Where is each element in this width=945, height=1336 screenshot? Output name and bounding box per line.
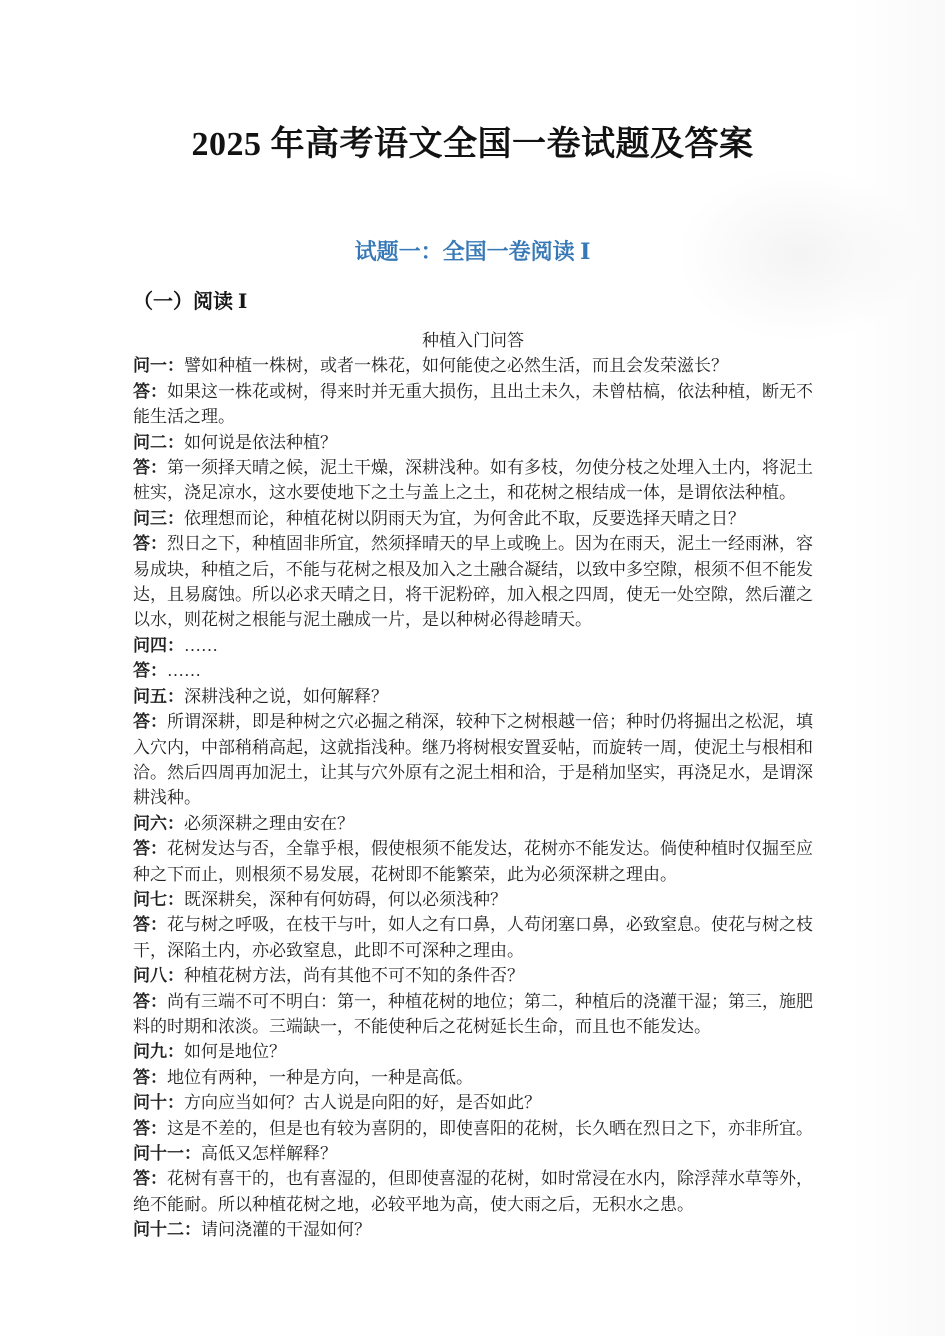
qa-label: 问十一： bbox=[133, 1144, 201, 1163]
qa-paragraph: 问五：深耕浅种之说，如何解释？ bbox=[133, 684, 813, 709]
qa-paragraph: 答：地位有两种，一种是方向，一种是高低。 bbox=[133, 1065, 813, 1090]
qa-paragraph: 问二：如何说是依法种植？ bbox=[133, 430, 813, 455]
qa-paragraph: 答：烈日之下，种植固非所宜，然须择晴天的早上或晚上。因为在雨天，泥土一经雨淋，容… bbox=[133, 531, 813, 633]
qa-label: 问一： bbox=[133, 356, 184, 375]
qa-paragraph: 答：…… bbox=[133, 658, 813, 683]
qa-label: 答： bbox=[133, 458, 167, 477]
qa-paragraph: 问十一：高低又怎样解释？ bbox=[133, 1141, 813, 1166]
qa-text: 如何是地位？ bbox=[184, 1042, 286, 1061]
qa-label: 问四： bbox=[133, 636, 184, 655]
qa-text: 深耕浅种之说，如何解释？ bbox=[184, 687, 388, 706]
qa-paragraph: 答：花与树之呼吸，在枝干与叶，如人之有口鼻，人苟闭塞口鼻，必致窒息。使花与树之枝… bbox=[133, 912, 813, 963]
qa-label: 问十： bbox=[133, 1093, 184, 1112]
qa-text: 第一须择天晴之候，泥土干燥，深耕浅种。如有多枝，勿使分枝之处埋入土内，将泥土桩实… bbox=[133, 458, 813, 502]
qa-text: 如何说是依法种植？ bbox=[184, 433, 337, 452]
qa-text: 如果这一株花或树，得来时并无重大损伤，且出土未久，未曾枯槁，依法种植，断无不能生… bbox=[133, 382, 813, 426]
qa-label: 问八： bbox=[133, 966, 184, 985]
qa-paragraph: 答：第一须择天晴之候，泥土干燥，深耕浅种。如有多枝，勿使分枝之处埋入土内，将泥土… bbox=[133, 455, 813, 506]
qa-text: 依理想而论，种植花树以阴雨天为宜，为何舍此不取，反要选择天晴之日？ bbox=[184, 509, 745, 528]
qa-paragraph: 答：花树发达与否，全靠乎根，假使根须不能发达，花树亦不能发达。倘使种植时仅掘至应… bbox=[133, 836, 813, 887]
qa-label: 答： bbox=[133, 1169, 167, 1188]
qa-paragraph: 问八：种植花树方法，尚有其他不可不知的条件否？ bbox=[133, 963, 813, 988]
document-title: 2025 年高考语文全国一卷试题及答案 bbox=[0, 0, 945, 168]
qa-paragraph: 答：花树有喜干的，也有喜湿的，但即使喜湿的花树，如时常浸在水内，除浮萍水草等外，… bbox=[133, 1166, 813, 1217]
qa-paragraph: 问四：…… bbox=[133, 633, 813, 658]
qa-label: 问九： bbox=[133, 1042, 184, 1061]
qa-label: 问三： bbox=[133, 509, 184, 528]
qa-text: 花树发达与否，全靠乎根，假使根须不能发达，花树亦不能发达。倘使种植时仅掘至应种之… bbox=[133, 839, 813, 883]
qa-paragraph: 问十二：请问浇灌的干湿如何？ bbox=[133, 1217, 813, 1242]
qa-text: 必须深耕之理由安在？ bbox=[184, 814, 354, 833]
qa-text: 地位有两种，一种是方向，一种是高低。 bbox=[167, 1068, 473, 1087]
qa-text: 花树有喜干的，也有喜湿的，但即使喜湿的花树，如时常浸在水内，除浮萍水草等外，绝不… bbox=[133, 1169, 813, 1213]
qa-label: 答： bbox=[133, 1119, 167, 1138]
qa-paragraph: 问九：如何是地位？ bbox=[133, 1039, 813, 1064]
qa-text: 尚有三端不可不明白：第一，种植花树的地位；第二，种植后的浇灌干湿；第三，施肥料的… bbox=[133, 992, 813, 1036]
qa-paragraph: 问六：必须深耕之理由安在？ bbox=[133, 811, 813, 836]
qa-text: 方向应当如何？古人说是向阳的好，是否如此？ bbox=[184, 1093, 541, 1112]
qa-text: 所谓深耕，即是种树之穴必掘之稍深，较种下之树根越一倍；种时仍将掘出之松泥，填入穴… bbox=[133, 712, 813, 807]
section-heading: 试题一：全国一卷阅读 Ⅰ bbox=[0, 238, 945, 266]
qa-label: 答： bbox=[133, 712, 167, 731]
qa-text: 既深耕矣，深种有何妨碍，何以必须浅种？ bbox=[184, 890, 507, 909]
qa-label: 答： bbox=[133, 382, 167, 401]
qa-label: 答： bbox=[133, 1068, 167, 1087]
qa-label: 答： bbox=[133, 534, 167, 553]
qa-text: 花与树之呼吸，在枝干与叶，如人之有口鼻，人苟闭塞口鼻，必致窒息。使花与树之枝干，… bbox=[133, 915, 813, 959]
qa-text: 这是不差的，但是也有较为喜阴的，即使喜阳的花树，长久晒在烈日之下，亦非所宜。 bbox=[167, 1119, 813, 1138]
qa-paragraph: 答：所谓深耕，即是种树之穴必掘之稍深，较种下之树根越一倍；种时仍将掘出之松泥，填… bbox=[133, 709, 813, 811]
qa-text: 烈日之下，种植固非所宜，然须择晴天的早上或晚上。因为在雨天，泥土一经雨淋，容易成… bbox=[133, 534, 813, 629]
qa-label: 问二： bbox=[133, 433, 184, 452]
passage-body: 种植入门问答 问一：譬如种植一株树，或者一株花，如何能使之必然生活，而且会发荣滋… bbox=[0, 328, 945, 1243]
qa-paragraph: 问十：方向应当如何？古人说是向阳的好，是否如此？ bbox=[133, 1090, 813, 1115]
qa-paragraph: 问一：譬如种植一株树，或者一株花，如何能使之必然生活，而且会发荣滋长？ bbox=[133, 353, 813, 378]
qa-paragraph: 问七：既深耕矣，深种有何妨碍，何以必须浅种？ bbox=[133, 887, 813, 912]
qa-text: …… bbox=[167, 661, 201, 680]
qa-label: 答： bbox=[133, 839, 167, 858]
qa-paragraph: 问三：依理想而论，种植花树以阴雨天为宜，为何舍此不取，反要选择天晴之日？ bbox=[133, 506, 813, 531]
qa-text: 请问浇灌的干湿如何？ bbox=[201, 1220, 371, 1239]
passage-title: 种植入门问答 bbox=[133, 328, 813, 353]
qa-label: 问六： bbox=[133, 814, 184, 833]
qa-label: 问五： bbox=[133, 687, 184, 706]
qa-paragraph: 答：这是不差的，但是也有较为喜阴的，即使喜阳的花树，长久晒在烈日之下，亦非所宜。 bbox=[133, 1116, 813, 1141]
document-page: 2025 年高考语文全国一卷试题及答案 试题一：全国一卷阅读 Ⅰ （一）阅读 Ⅰ… bbox=[0, 0, 945, 1243]
qa-label: 答： bbox=[133, 915, 167, 934]
qa-label: 答： bbox=[133, 661, 167, 680]
qa-label: 答： bbox=[133, 992, 167, 1011]
qa-text: 高低又怎样解释？ bbox=[201, 1144, 337, 1163]
qa-label: 问十二： bbox=[133, 1220, 201, 1239]
subsection-heading: （一）阅读 Ⅰ bbox=[0, 288, 945, 316]
qa-text: 譬如种植一株树，或者一株花，如何能使之必然生活，而且会发荣滋长？ bbox=[184, 356, 728, 375]
qa-text: 种植花树方法，尚有其他不可不知的条件否？ bbox=[184, 966, 524, 985]
qa-text: …… bbox=[184, 636, 218, 655]
qa-paragraph: 答：尚有三端不可不明白：第一，种植花树的地位；第二，种植后的浇灌干湿；第三，施肥… bbox=[133, 989, 813, 1040]
qa-label: 问七： bbox=[133, 890, 184, 909]
qa-paragraph: 答：如果这一株花或树，得来时并无重大损伤，且出土未久，未曾枯槁，依法种植，断无不… bbox=[133, 379, 813, 430]
